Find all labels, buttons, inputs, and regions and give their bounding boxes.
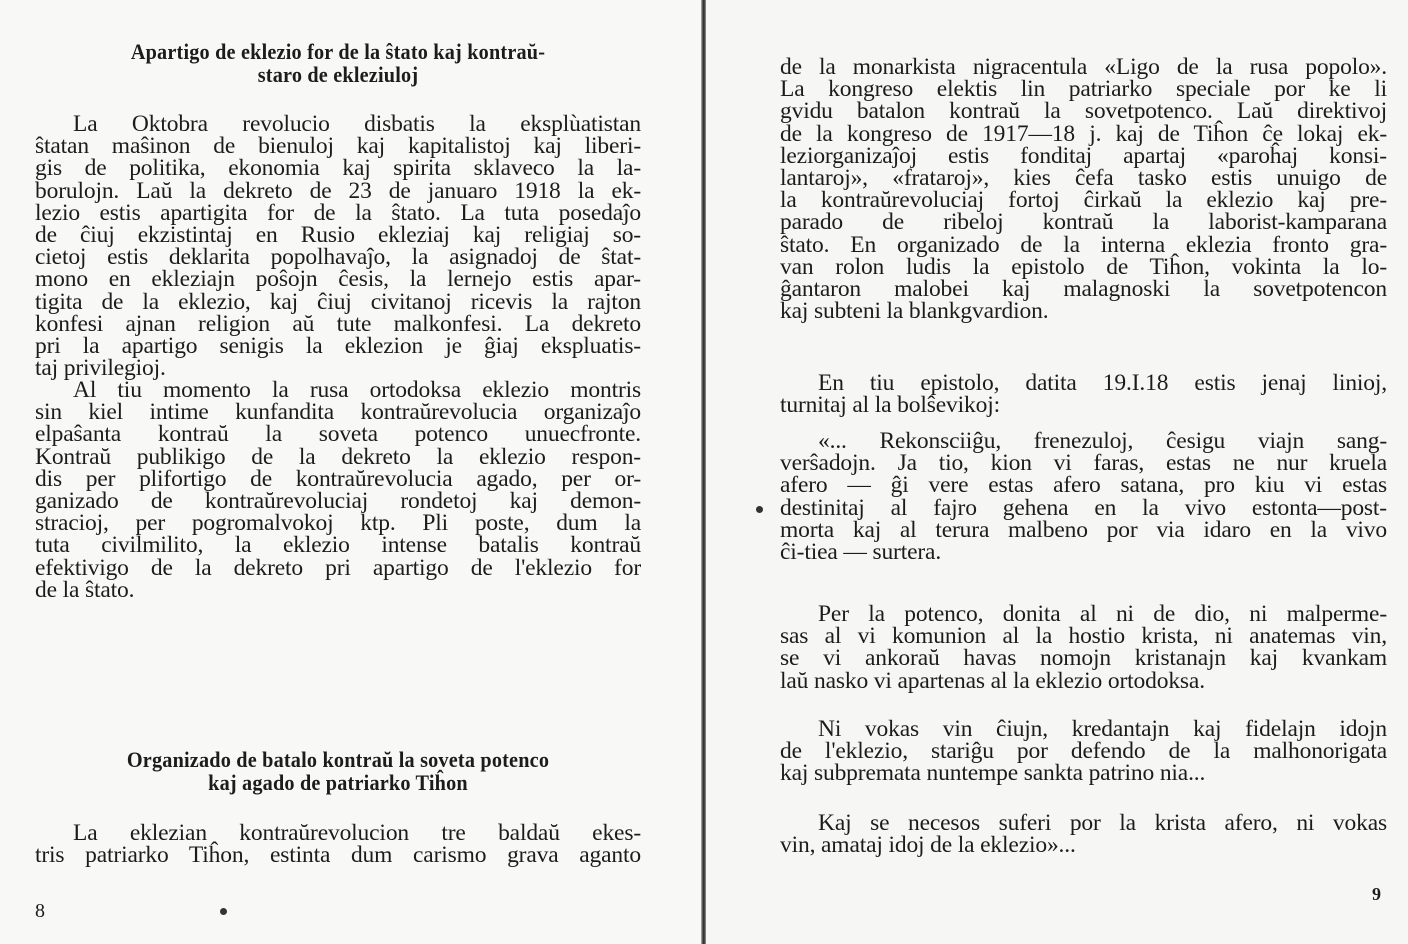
text-line: de ĉiuj ekzistintaj en Rusio ekleziaj ka… <box>35 224 641 246</box>
paragraph-2: Al tiu momento la rusa ortodoksa eklezio… <box>35 379 641 601</box>
text-line: La kongreso elektis lin patriarko specia… <box>780 78 1387 100</box>
paragraph-r1: de la monarkista nigracentula «Ligo de l… <box>780 56 1387 322</box>
text-line: turnitaj al la bolŝevikoj: <box>780 394 1387 416</box>
text-line: borulojn. Laŭ la dekreto de 23 de januar… <box>35 180 641 202</box>
heading-line: Organizado de batalo kontraŭ la soveta p… <box>59 748 617 771</box>
text-line: efektivigo de la dekreto pri apartigo de… <box>35 557 641 579</box>
quote-paragraph-2: Per la potenco, donita al ni de dio, ni … <box>780 603 1387 692</box>
text-line: Kontraŭ publikigo de la dekreto la eklez… <box>35 446 641 468</box>
heading-line: kaj agado de patriarko Tiĥon <box>59 771 617 794</box>
quote-paragraph-3: Ni vokas vin ĉiujn, kredantajn kaj fidel… <box>780 718 1387 785</box>
text-line: cietoj estis deklarita popolhavaĵo, la a… <box>35 246 641 268</box>
text-line: lantaroj», «frataroj», kies ĉefa tasko e… <box>780 167 1387 189</box>
right-page: de la monarkista nigracentula «Ligo de l… <box>706 0 1408 944</box>
quote-paragraph-1: «... Rekonsciiĝu, frenezuloj, ĉesigu via… <box>780 430 1387 563</box>
text-line: de la ŝtato. <box>35 579 641 601</box>
text-line: dis per plifortigo de kontraŭrevolucia a… <box>35 468 641 490</box>
section-2: Organizado de batalo kontraŭ la soveta p… <box>35 748 641 794</box>
text-line: tris patriarko Tiĥon, estinta dum carism… <box>35 844 641 866</box>
text-line: elpaŝanta kontraŭ la soveta potenco unue… <box>35 423 641 445</box>
text-line: sin kiel intime kunfandita kontraŭrevolu… <box>35 401 641 423</box>
paragraph-3: La eklezian kontraŭrevolucion tre baldaŭ… <box>35 822 641 866</box>
text-line: destinitaj al fajro gehena en la vivo es… <box>780 497 1387 519</box>
text-line: taj privilegioj. <box>35 357 641 379</box>
text-line: Ni vokas vin ĉiujn, kredantajn kaj fidel… <box>780 718 1387 740</box>
text-line: sas al vi komunion al la hostio krista, … <box>780 625 1387 647</box>
text-line: gis de politika, ekonomia kaj spirita sk… <box>35 157 641 179</box>
heading-line: staro de ekleziuloj <box>59 63 617 86</box>
text-line: tigita de la eklezio, kaj ĉiuj civitanoj… <box>35 291 641 313</box>
text-line: stracioj, per pogromalvokoj ktp. Pli pos… <box>35 512 641 534</box>
text-line: ŝtato. En organizado de la interna eklez… <box>780 234 1387 256</box>
section-1-heading: Apartigo de eklezio for de la ŝtato kaj … <box>59 40 617 86</box>
heading-line: Apartigo de eklezio for de la ŝtato kaj … <box>59 40 617 63</box>
text-line: verŝadojn. Ja tio, kion vi faras, estas … <box>780 452 1387 474</box>
section-2-heading: Organizado de batalo kontraŭ la soveta p… <box>59 748 617 794</box>
book-spread: Apartigo de eklezio for de la ŝtato kaj … <box>0 0 1408 944</box>
text-line: ŝtatan maŝinon de bienuloj kaj kapitalis… <box>35 135 641 157</box>
text-line: morta kaj al terura malbeno por via idar… <box>780 519 1387 541</box>
text-line: Al tiu momento la rusa ortodoksa eklezio… <box>35 379 641 401</box>
text-line: ĝantaron malobei kaj malagnoski la sovet… <box>780 278 1387 300</box>
quote-paragraph-4: Kaj se necesos suferi por la krista afer… <box>780 812 1387 856</box>
text-line: de la kongreso de 1917—18 j. kaj de Tiĥo… <box>780 123 1387 145</box>
text-line: gvidu batalon kontraŭ la sovetpotenco. L… <box>780 100 1387 122</box>
left-page: Apartigo de eklezio for de la ŝtato kaj … <box>0 0 703 944</box>
text-line: lezio estis apartigita for de la ŝtato. … <box>35 202 641 224</box>
text-line: kaj subteni la blankgvardion. <box>780 300 1387 322</box>
section-1: Apartigo de eklezio for de la ŝtato kaj … <box>35 40 641 86</box>
text-line: afero — ĝi vere estas afero satana, pro … <box>780 474 1387 496</box>
text-line: de l'eklezio, stariĝu por defendo de la … <box>780 740 1387 762</box>
ink-speck <box>220 908 227 915</box>
text-line: La Oktobra revolucio disbatis la eksplùa… <box>35 113 641 135</box>
text-line: pri la apartigo senigis la eklezion je ĝ… <box>35 335 641 357</box>
text-line: ganizado de kontraŭrevoluciaj rondetoj k… <box>35 490 641 512</box>
text-line: «... Rekonsciiĝu, frenezuloj, ĉesigu via… <box>780 430 1387 452</box>
text-line: vin, amataj idoj de la eklezio»... <box>780 834 1387 856</box>
text-line: de la monarkista nigracentula «Ligo de l… <box>780 56 1387 78</box>
text-line: Per la potenco, donita al ni de dio, ni … <box>780 603 1387 625</box>
page-number: 9 <box>1372 884 1381 905</box>
text-line: La eklezian kontraŭrevolucion tre baldaŭ… <box>35 822 641 844</box>
text-line: kaj subpremata nuntempe sankta patrino n… <box>780 762 1387 784</box>
text-line: tuta civilmilito, la eklezio intense bat… <box>35 534 641 556</box>
text-line: van rolon ludis la epistolo de Tiĥon, vo… <box>780 256 1387 278</box>
text-line: Kaj se necesos suferi por la krista afer… <box>780 812 1387 834</box>
text-line: ĉi-tiea — surtera. <box>780 541 1387 563</box>
text-line: mono en ekleziajn poŝojn ĉesis, la lerne… <box>35 268 641 290</box>
page-number: 8 <box>35 900 45 923</box>
text-line: la kontraŭrevoluciaj fortoj ĉirkaŭ la ek… <box>780 189 1387 211</box>
paragraph-1: La Oktobra revolucio disbatis la eksplùa… <box>35 113 641 379</box>
text-line: En tiu epistolo, datita 19.I.18 estis je… <box>780 372 1387 394</box>
text-line: parado de ribeloj kontraŭ la laborist-ka… <box>780 211 1387 233</box>
text-line: se vi ankoraŭ havas nomojn kristanajn ka… <box>780 647 1387 669</box>
text-line: leziorganizaĵoj estis fonditaj apartaj «… <box>780 145 1387 167</box>
text-line: konfesi ajnan religion aŭ tute malkonfes… <box>35 313 641 335</box>
ink-speck <box>756 506 763 513</box>
paragraph-r2: En tiu epistolo, datita 19.I.18 estis je… <box>780 372 1387 416</box>
text-line: laŭ nasko vi apartenas al la eklezio ort… <box>780 670 1387 692</box>
